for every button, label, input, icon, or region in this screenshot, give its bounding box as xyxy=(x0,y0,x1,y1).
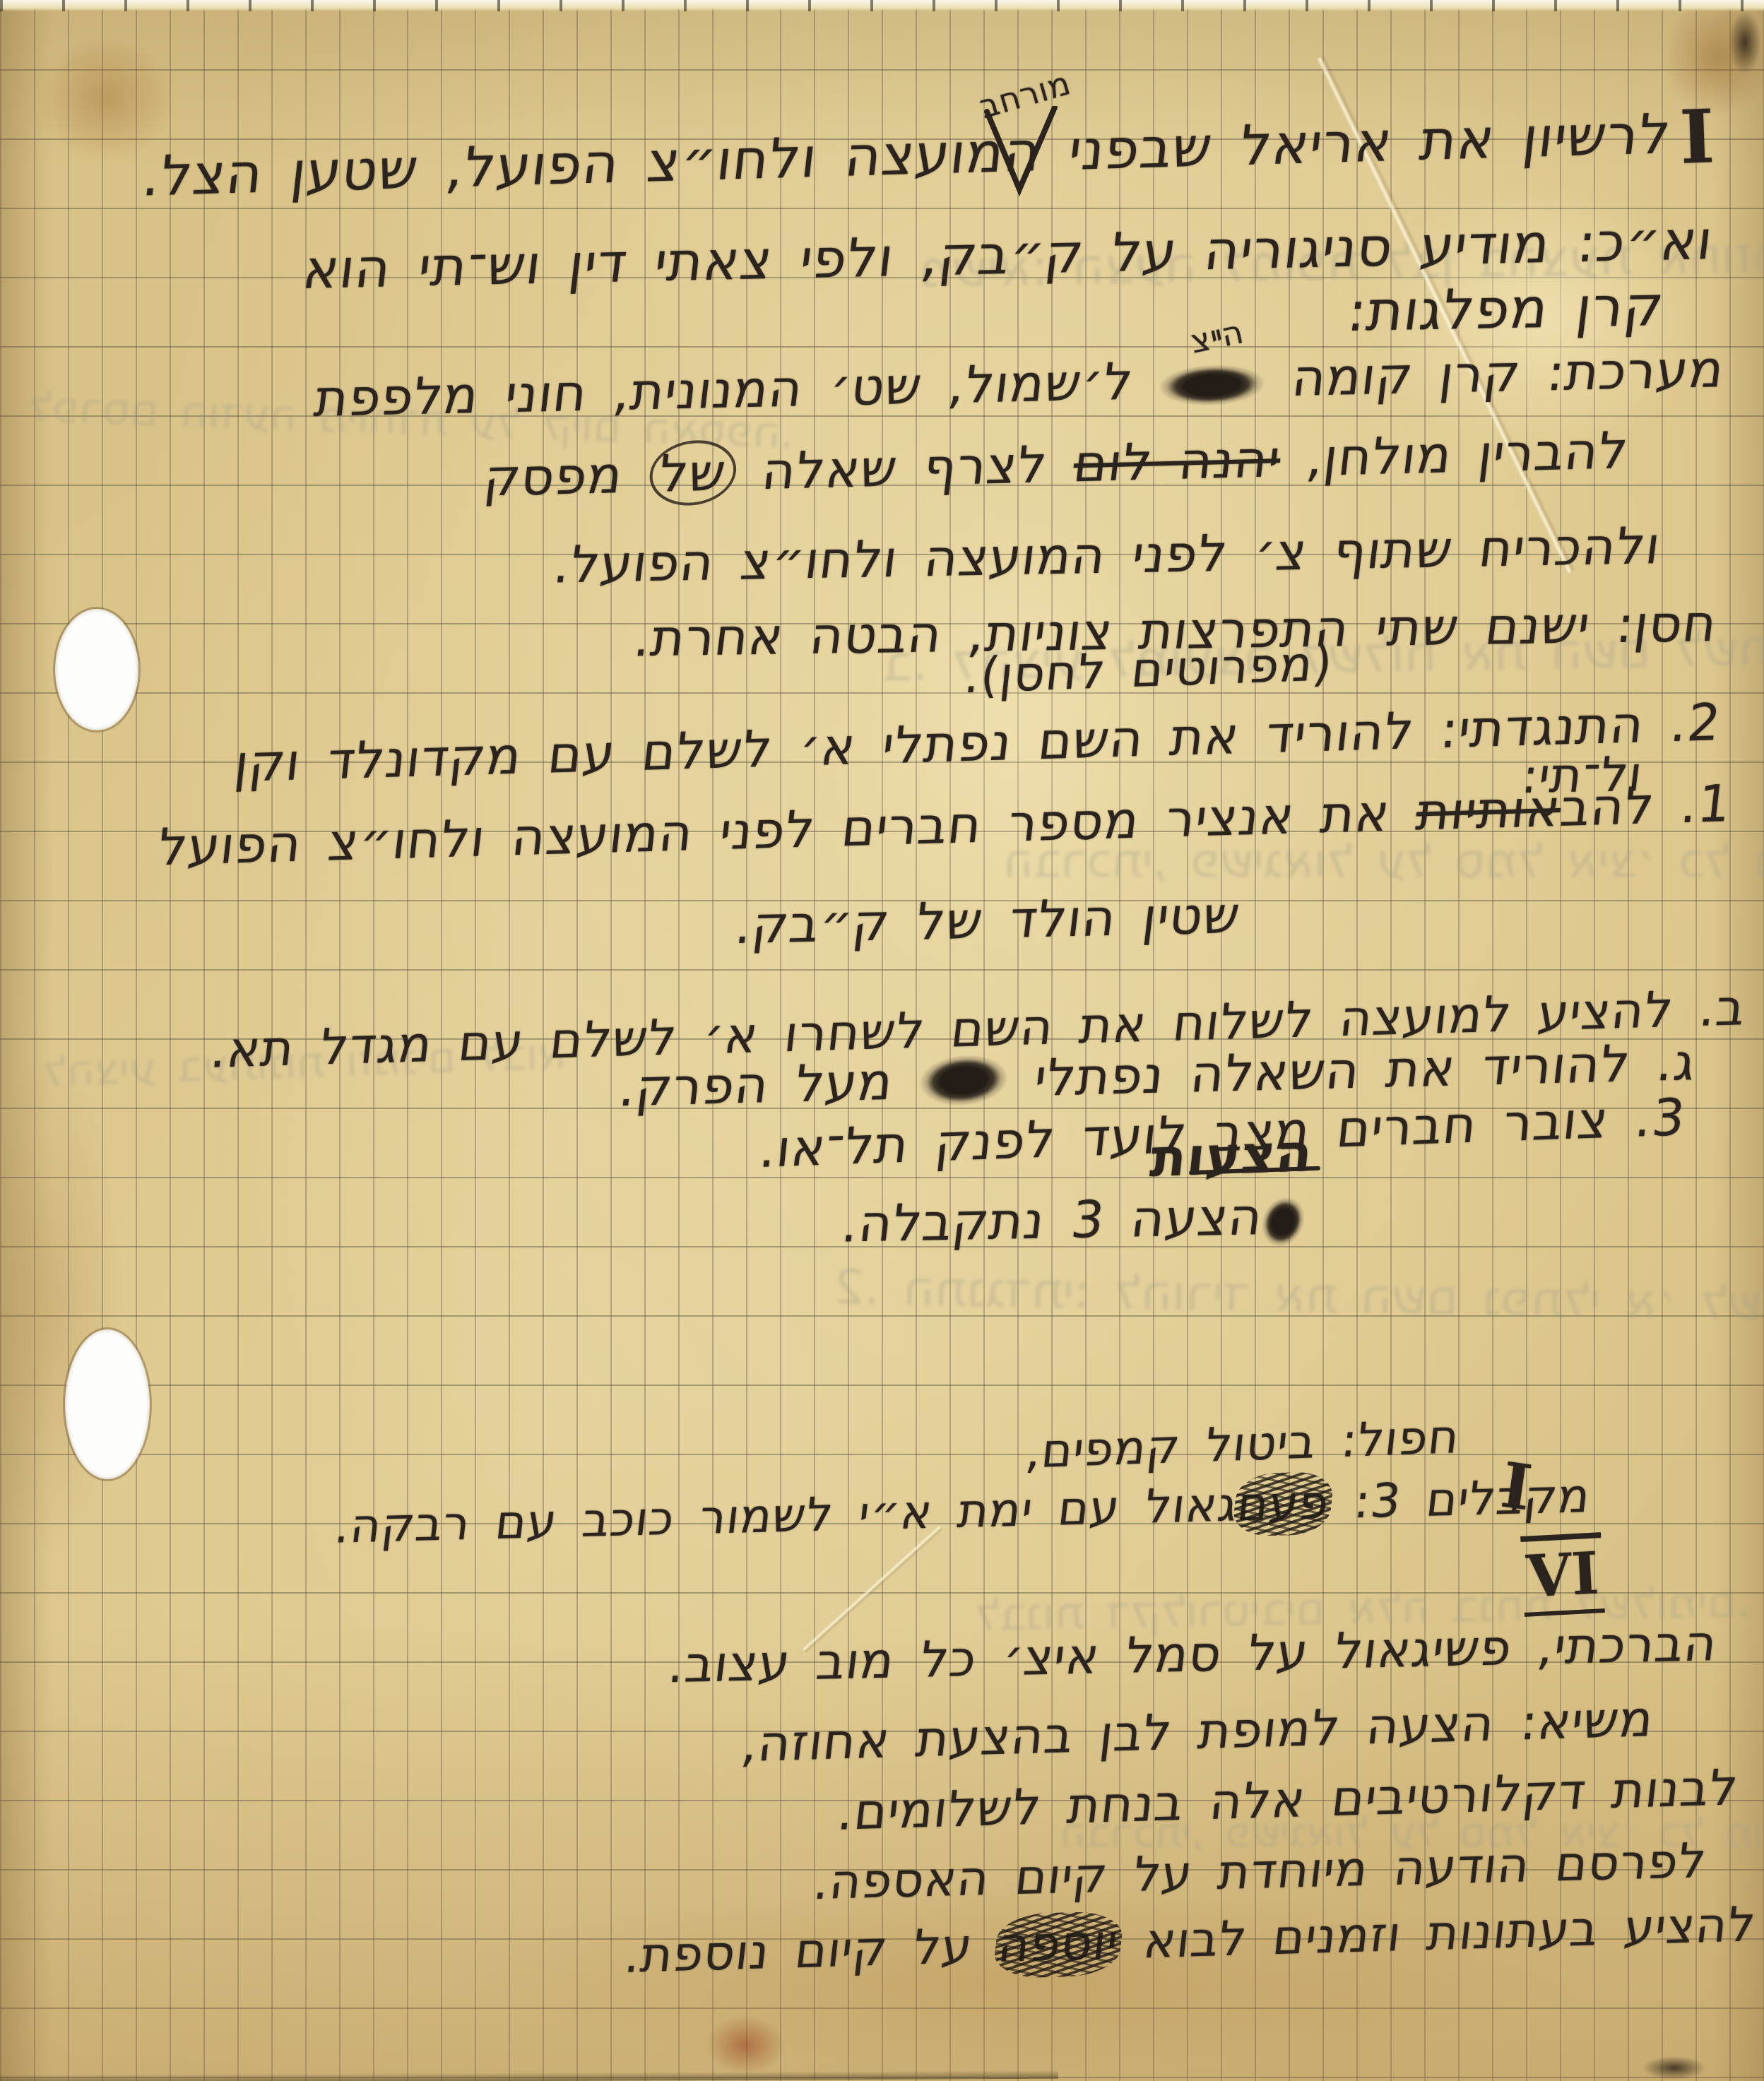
scribbled-word: פעם xyxy=(1234,1477,1332,1531)
struck-word: אותיות xyxy=(1414,778,1564,842)
bleed-through-text: 2. התנגדתי: להוריד את השם נפתלי א׳ לשלם … xyxy=(833,1259,1764,1339)
line-text: 1. להב xyxy=(1558,773,1735,838)
handwritten-line: קרן מפלגות: xyxy=(1344,277,1667,343)
line-text: מקבלים 3: xyxy=(1325,1469,1593,1529)
handwritten-line: להציע בעתונות וזמנים לבוא יוספה על קיום … xyxy=(622,1899,1759,1984)
handwritten-line: הצעה 3 נתקבלה. xyxy=(839,1188,1308,1255)
handwritten-line: שטין הולד של ק״בק. xyxy=(733,887,1243,954)
edge-smudge xyxy=(1632,2052,1717,2081)
line-text: להברין מולחן, xyxy=(1277,420,1632,488)
line-text: לצרף שאלה xyxy=(733,434,1078,502)
scribble-mark xyxy=(917,1054,1011,1107)
scribble-mark xyxy=(1156,364,1267,407)
edge-smudge xyxy=(1724,0,1764,85)
handwritten-line: לפרסם הודעה מיוחדת על קיום האספה. xyxy=(811,1835,1710,1910)
punch-hole-bottom xyxy=(65,1329,150,1479)
handwritten-line: מקבלים 3: פעםגאול עם ימת א״י לשמור כוכב … xyxy=(332,1471,1593,1553)
handwritten-line: 2. התנגדתי: להוריד את השם נפתלי א׳ לשלם … xyxy=(232,694,1724,792)
section-numeral-one: I xyxy=(1679,93,1716,181)
circled-word: של xyxy=(646,439,740,506)
handwritten-line: ולהכריח שתוף צ׳ לפני המועצה ולחו״צ הפועל… xyxy=(550,518,1664,593)
line-text: מערכת: קרן קומה xyxy=(1262,339,1728,408)
caret-insert-mark xyxy=(978,106,1063,198)
scribbled-word: יוספה xyxy=(995,1916,1121,1973)
paper-bottom-edge xyxy=(0,2070,1058,2081)
handwritten-line: (מפרוטים לחסן). xyxy=(961,638,1335,704)
handwritten-line: לרשיון את אריאל שבפני המועצה ולחו״צ הפוע… xyxy=(139,105,1674,208)
handwritten-line: מערכת: קרן קומה ל׳שמול, שט׳ המנונית, חונ… xyxy=(312,341,1727,427)
handwritten-line: הברכתי, פשיגאול על סמל איצ׳ כל מוב עצוב. xyxy=(665,1616,1720,1692)
line-text: מפסק xyxy=(482,444,653,508)
line-text: להציע בעתונות וזמנים לבוא xyxy=(1115,1897,1759,1970)
line-text: הצעה 3 נתקבלה. xyxy=(839,1187,1266,1254)
section-heading: הצעות xyxy=(1147,1125,1315,1188)
line-text: מעל הפרק. xyxy=(616,1051,923,1118)
struck-word: יהנה לום xyxy=(1071,429,1284,493)
torn-paper-edge xyxy=(0,0,1764,11)
handwritten-line: משיא: הצעה למופת לבן בהצעת אחוזה, xyxy=(739,1692,1657,1772)
stain xyxy=(692,2006,798,2081)
line-text: גאול עם ימת א״י לשמור כוכב עם רבקה. xyxy=(332,1477,1241,1553)
scanned-handwritten-page: משיא: הצעה למופת לבן בהצעת אחוזה, לפרסם … xyxy=(0,0,1764,2081)
section-numeral-six: VI xyxy=(1520,1532,1605,1617)
line-text: על קיום נוספת. xyxy=(622,1918,1002,1984)
scribble-mark xyxy=(1259,1197,1308,1247)
handwritten-line: חפול: ביטול קמפים, xyxy=(1024,1411,1462,1478)
punch-hole-top xyxy=(55,609,138,730)
line-text: ל׳שמול, שט׳ המנונית, חוני מלפפת xyxy=(311,351,1163,428)
